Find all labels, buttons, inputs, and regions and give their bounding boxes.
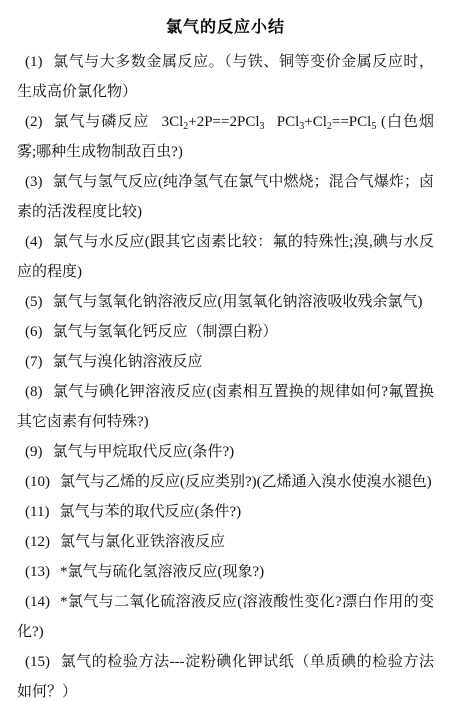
list-item: (13)*氯气与硫化氢溶液反应(现象?) (17, 557, 434, 587)
item-text: 氯气与苯的取代反应(条件?) (59, 504, 241, 520)
item-text: +Cl (304, 114, 327, 130)
item-number: (1) (25, 54, 43, 70)
item-text: 氯气与氯化亚铁溶液反应 (60, 534, 225, 550)
list-item: (5)氯气与氢氧化钠溶液反应(用氢氧化钠溶液吸收残余氯气) (17, 287, 434, 317)
item-number: (4) (25, 234, 43, 250)
item-number: (6) (25, 324, 43, 340)
item-text: 氯气与水反应(跟其它卤素比较：氟的特殊性;溴,碘与水反应的程度) (17, 234, 434, 280)
item-text: 氯气的检验方法---淀粉碘化钾试纸（单质碘的检验方法如何？） (17, 654, 434, 700)
item-text: *氯气与硫化氢溶液反应(现象?) (60, 564, 264, 580)
item-number: (7) (25, 354, 43, 370)
list-item: (14)*氯气与二氧化硫溶液反应(溶液酸性变化?漂白作用的变化?) (17, 587, 434, 647)
item-text: ==PCl (332, 114, 371, 130)
item-text: 氯气与氢气反应(纯净氢气在氯气中燃烧；混合气爆炸；卤素的活泼程度比较) (17, 174, 434, 220)
list-item: (7)氯气与溴化钠溶液反应 (17, 347, 434, 377)
item-number: (13) (25, 564, 50, 580)
list-item: (3)氯气与氢气反应(纯净氢气在氯气中燃烧；混合气爆炸；卤素的活泼程度比较) (17, 167, 434, 227)
item-text: PCl (265, 114, 300, 130)
document-page: 氯气的反应小结 (1)氯气与大多数金属反应。（与铁、铜等变价金属反应时，生成高价… (0, 0, 450, 722)
item-number: (11) (25, 504, 49, 520)
item-number: (3) (25, 174, 43, 190)
item-text: *氯气与二氧化硫溶液反应(溶液酸性变化?漂白作用的变化?) (17, 594, 434, 640)
item-text: 氯气与大多数金属反应。（与铁、铜等变价金属反应时，生成高价氯化物） (17, 54, 434, 100)
item-number: (14) (25, 594, 50, 610)
list-item: (2)氯气与磷反应 3Cl2+2P==2PCl3 PCl3+Cl2==PCl5 … (17, 107, 434, 167)
item-text: 氯气与氢氧化钠溶液反应(用氢氧化钠溶液吸收残余氯气) (53, 294, 423, 310)
list-item: (4)氯气与水反应(跟其它卤素比较：氟的特殊性;溴,碘与水反应的程度) (17, 227, 434, 287)
list-item: (8)氯气与碘化钾溶液反应(卤素相互置换的规律如何?氟置换其它卤素有何特殊?) (17, 377, 434, 437)
list-item: (1)氯气与大多数金属反应。（与铁、铜等变价金属反应时，生成高价氯化物） (17, 47, 434, 107)
item-number: (5) (25, 294, 43, 310)
item-text: 氯气与溴化钠溶液反应 (53, 354, 203, 370)
item-number: (12) (25, 534, 50, 550)
list-item: (9)氯气与甲烷取代反应(条件?) (17, 437, 434, 467)
list-item: (10)氯气与乙烯的反应(反应类别?)(乙烯通入溴水使溴水褪色) (17, 467, 434, 497)
item-text: 氯气与碘化钾溶液反应(卤素相互置换的规律如何?氟置换其它卤素有何特殊?) (17, 384, 434, 430)
item-text: 氯气与磷反应 3Cl (53, 114, 184, 130)
item-text: 氯气与氢氧化钙反应（制漂白粉） (53, 324, 278, 340)
item-number: (10) (25, 474, 50, 490)
list-item: (6)氯气与氢氧化钙反应（制漂白粉） (17, 317, 434, 347)
reaction-list: (1)氯气与大多数金属反应。（与铁、铜等变价金属反应时，生成高价氯化物）(2)氯… (17, 47, 434, 707)
item-text: +2P==2PCl (188, 114, 259, 130)
list-item: (12)氯气与氯化亚铁溶液反应 (17, 527, 434, 557)
list-item: (15)氯气的检验方法---淀粉碘化钾试纸（单质碘的检验方法如何？） (17, 647, 434, 707)
page-title: 氯气的反应小结 (17, 14, 434, 37)
item-text: 氯气与乙烯的反应(反应类别?)(乙烯通入溴水使溴水褪色) (60, 474, 432, 490)
item-number: (15) (25, 654, 50, 670)
item-number: (8) (25, 384, 43, 400)
list-item: (11)氯气与苯的取代反应(条件?) (17, 497, 434, 527)
item-number: (2) (25, 114, 43, 130)
item-number: (9) (25, 444, 43, 460)
item-text: 氯气与甲烷取代反应(条件?) (53, 444, 235, 460)
